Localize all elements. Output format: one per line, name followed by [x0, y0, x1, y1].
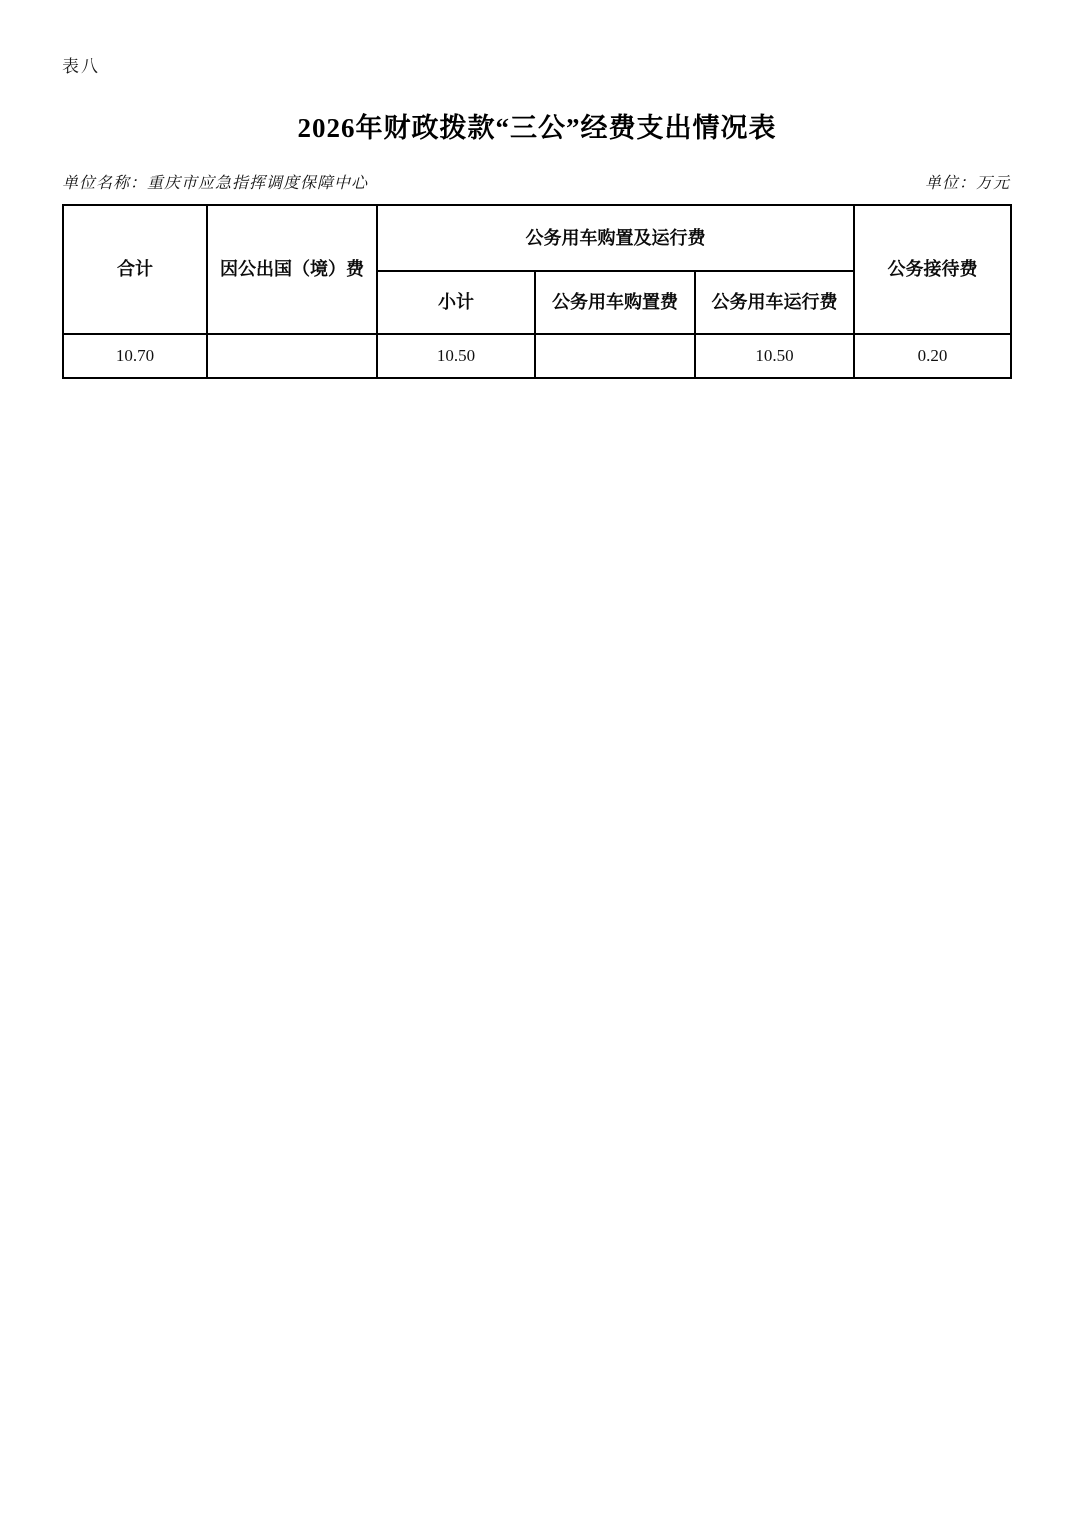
header-total: 合计 [63, 205, 207, 334]
header-row-top: 合计 因公出国（境）费 公务用车购置及运行费 公务接待费 [63, 205, 1011, 271]
cell-vehicle-subtotal: 10.50 [377, 334, 535, 378]
cell-reception-expense: 0.20 [854, 334, 1011, 378]
header-reception-expense: 公务接待费 [854, 205, 1011, 334]
header-vehicle-subtotal: 小计 [377, 271, 535, 334]
page-title: 2026年财政拨款“三公”经费支出情况表 [0, 106, 1074, 145]
header-vehicle-purchase: 公务用车购置费 [535, 271, 695, 334]
unit-label: 单位：万元 [925, 170, 1010, 193]
cell-vehicle-purchase [535, 334, 695, 378]
cell-vehicle-operation: 10.50 [695, 334, 854, 378]
unit-name-label: 单位名称：重庆市应急指挥调度保障中心 [62, 170, 368, 193]
cell-abroad-expense [207, 334, 377, 378]
header-vehicle-operation: 公务用车运行费 [695, 271, 854, 334]
header-vehicle-group: 公务用车购置及运行费 [377, 205, 854, 271]
document-page: 表八 2026年财政拨款“三公”经费支出情况表 单位名称：重庆市应急指挥调度保障… [0, 0, 1074, 1520]
table-row: 10.70 10.50 10.50 0.20 [63, 334, 1011, 378]
cell-total: 10.70 [63, 334, 207, 378]
meta-row: 单位名称：重庆市应急指挥调度保障中心 单位：万元 [62, 170, 1010, 193]
header-abroad-expense: 因公出国（境）费 [207, 205, 377, 334]
table-number-label: 表八 [62, 52, 100, 77]
expenditure-table: 合计 因公出国（境）费 公务用车购置及运行费 公务接待费 小计 公务用车购置费 … [62, 204, 1012, 379]
